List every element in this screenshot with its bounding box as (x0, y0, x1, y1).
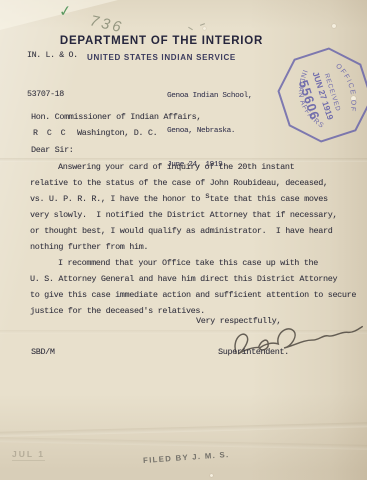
file-number: 53707-18 (27, 88, 78, 101)
body-line: nothing further from him. (30, 239, 356, 255)
body-line: vs. U. P. R. R., I have the honor to sta… (30, 191, 356, 207)
pencil-note: 736 (89, 12, 126, 36)
body-line: very slowly. I notified the District Att… (30, 207, 356, 223)
paper-speck (332, 24, 336, 28)
address-line: Washington, D. C. (77, 128, 157, 138)
body-line: Answering your card of inquiry of the 20… (30, 159, 356, 175)
body-line-part: vs. U. P. R. R., I have the honor to (30, 194, 205, 204)
pencil-mark (188, 27, 193, 30)
clerk-initials: R C C (27, 127, 78, 140)
dateline-place: Genoa, Nebraska. (167, 126, 252, 138)
filed-by-stamp: FILED BY J. M. S. (143, 450, 230, 465)
check-mark: ✓ (58, 1, 72, 20)
paper-speck (210, 474, 213, 477)
body-line: justice for the deceased's relatives. (30, 303, 356, 319)
body-line: I recommend that your Office take this c… (30, 255, 356, 271)
faint-date-stamp: JUL 1 (12, 449, 45, 461)
address-line: Hon. Commissioner of Indian Affairs, (31, 112, 201, 122)
dateline-school: Genoa Indian School, (167, 91, 252, 103)
letterhead-department: DEPARTMENT OF THE INTERIOR (0, 35, 323, 47)
body-line: relative to the status of the case of Jo… (30, 175, 356, 191)
raised-character: s (205, 188, 210, 204)
pencil-mark (200, 23, 205, 26)
paper-speck (203, 27, 206, 30)
paper-wrinkle (0, 437, 367, 450)
body-line-part: tate that this case moves (210, 194, 328, 204)
salutation: Dear Sir: (31, 145, 74, 155)
body-line: to give this case immediate action and s… (30, 287, 356, 303)
typist-initials: SBD/M (31, 347, 55, 357)
letter-body: Answering your card of inquiry of the 20… (30, 159, 356, 319)
paper-wrinkle (0, 422, 367, 437)
signature-title: Superintendent. (218, 347, 289, 357)
body-line: or thought best, I would qualify as admi… (30, 223, 356, 239)
scanned-letter-page: IN. L. & O. 53707-18 R C C ✓ 736 DEPARTM… (0, 0, 367, 480)
letterhead-service: UNITED STATES INDIAN SERVICE (0, 53, 323, 62)
body-line: U. S. Attorney General and have him dire… (30, 271, 356, 287)
